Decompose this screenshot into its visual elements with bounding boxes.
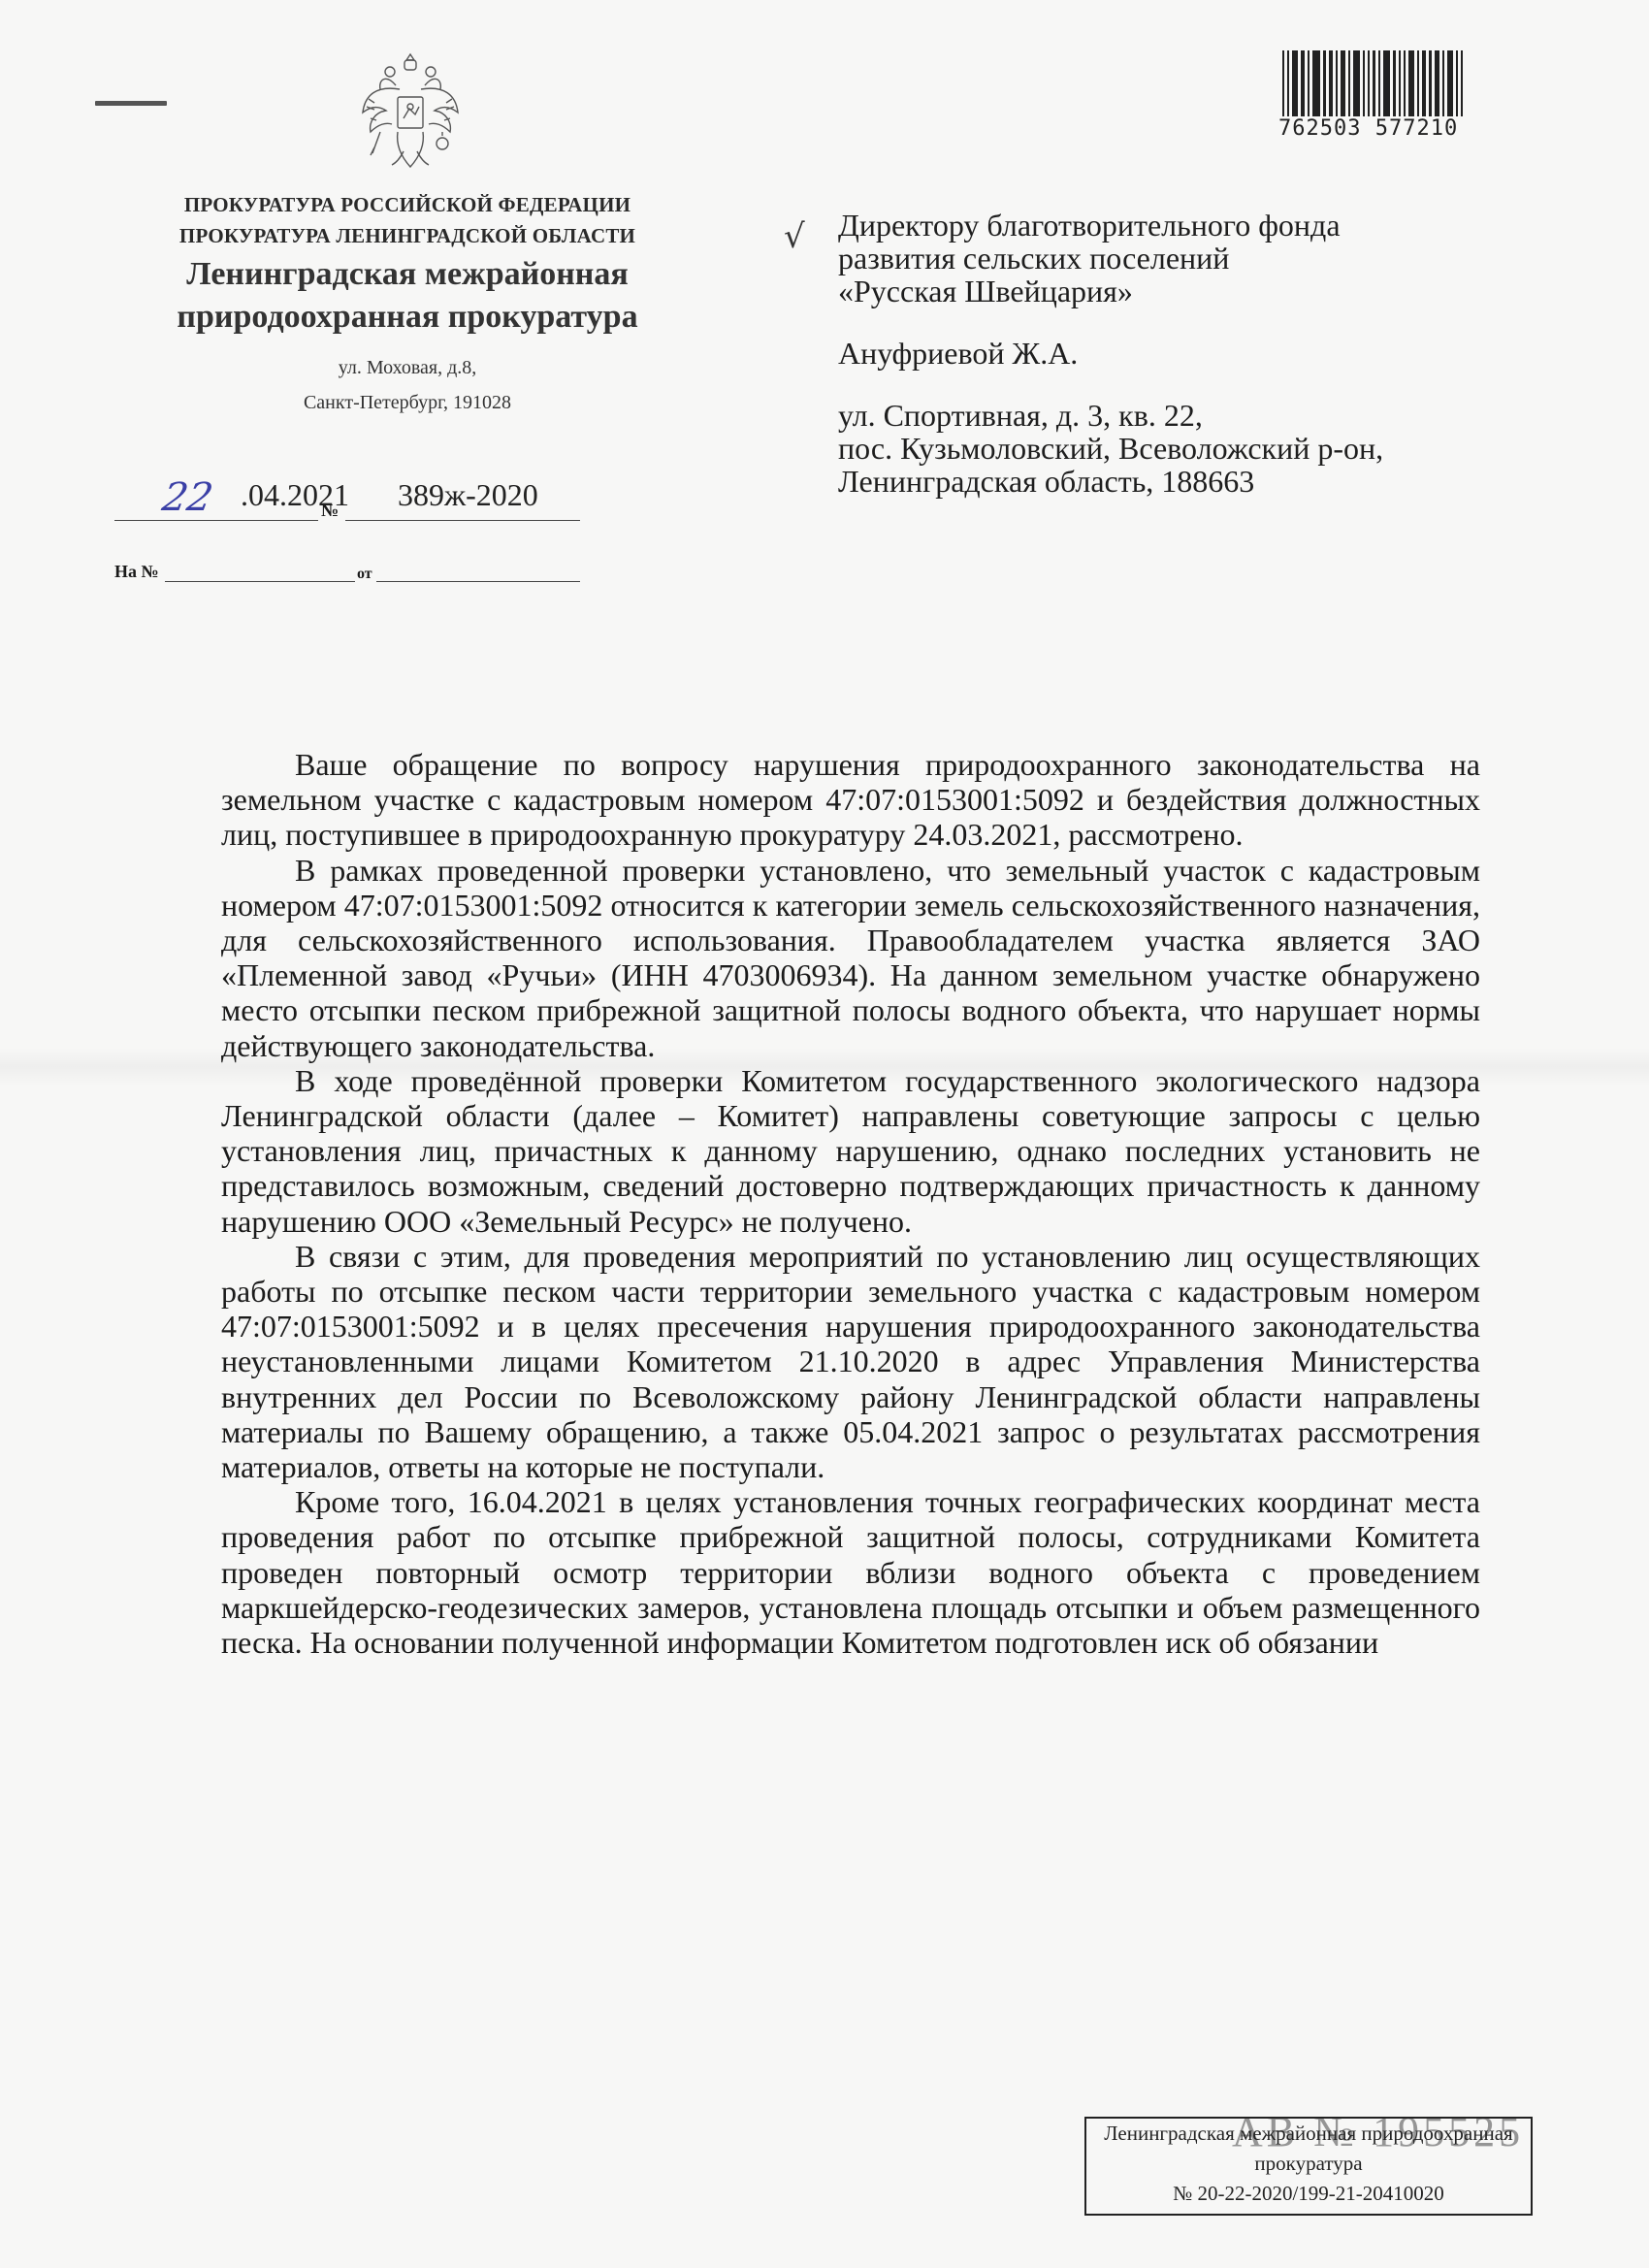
addressee-position-line1: Директору благотворительного фонда: [838, 209, 1498, 242]
addressee-block: Директору благотворительного фонда разви…: [838, 209, 1498, 498]
stamp-registration-number: № 20-22-2020/199-21-20410020: [1086, 2179, 1531, 2209]
letterhead-city: Санкт-Петербург, 191028: [116, 385, 698, 420]
barcode-number: 762503 577210: [1278, 116, 1503, 141]
addressee-region: Ленинградская область, 188663: [838, 465, 1498, 498]
barcode: 762503 577210: [1278, 50, 1503, 144]
letterhead-title-line2: природоохранная прокуратура: [116, 298, 698, 337]
body-paragraph-4: В связи с этим, для проведения мероприят…: [221, 1239, 1480, 1484]
letterhead-street: ул. Моховая, д.8,: [116, 350, 698, 385]
stamp-line1: Ленинградская межрайонная природоохранна…: [1086, 2119, 1531, 2149]
number-underline: [345, 520, 580, 521]
addressee-name: Ануфриевой Ж.А.: [838, 337, 1498, 370]
letterhead: ПРОКУРАТУРА РОССИЙСКОЙ ФЕДЕРАЦИИ ПРОКУРА…: [116, 189, 698, 420]
letter-body: Ваше обращение по вопросу нарушения прир…: [221, 747, 1480, 1660]
body-paragraph-5: Кроме того, 16.04.2021 в целях установле…: [221, 1484, 1480, 1660]
number-sign: №: [321, 501, 339, 521]
letterhead-federal-line: ПРОКУРАТУРА РОССИЙСКОЙ ФЕДЕРАЦИИ: [116, 189, 698, 220]
handwritten-day: 22: [159, 475, 216, 520]
body-paragraph-1: Ваше обращение по вопросу нарушения прир…: [221, 747, 1480, 853]
reference-label: На №: [114, 562, 159, 582]
stamp-line2: прокуратура: [1086, 2149, 1531, 2179]
reference-from-label: от: [357, 566, 372, 583]
outgoing-number: 389ж-2020: [398, 477, 538, 513]
letterhead-title-line1: Ленинградская межрайонная: [116, 255, 698, 294]
reference-row: На № от: [114, 558, 696, 587]
double-headed-eagle-emblem-icon: [357, 50, 464, 177]
reference-date-blank: [376, 581, 580, 582]
addressee-street: ул. Спортивная, д. 3, кв. 22,: [838, 399, 1498, 432]
addressee-position-line2: развития сельских поселений: [838, 242, 1498, 275]
outgoing-date-number-row: 22 .04.2021 № 389ж-2020: [114, 475, 696, 522]
staple-mark: [95, 101, 167, 106]
reference-number-blank: [165, 581, 355, 582]
letterhead-regional-line: ПРОКУРАТУРА ЛЕНИНГРАДСКОЙ ОБЛАСТИ: [116, 220, 698, 251]
check-mark-icon: √: [784, 217, 805, 256]
body-paragraph-2: В рамках проведенной проверки установлен…: [221, 853, 1480, 1063]
body-paragraph-3: В ходе проведённой проверки Комитетом го…: [221, 1063, 1480, 1239]
registration-stamp: Ленинградская межрайонная природоохранна…: [1084, 2117, 1533, 2216]
addressee-settlement: пос. Кузьмоловский, Всеволожский р-он,: [838, 432, 1498, 465]
barcode-bars: [1282, 50, 1503, 116]
date-underline: [114, 520, 318, 521]
addressee-organization: «Русская Швейцария»: [838, 275, 1498, 308]
